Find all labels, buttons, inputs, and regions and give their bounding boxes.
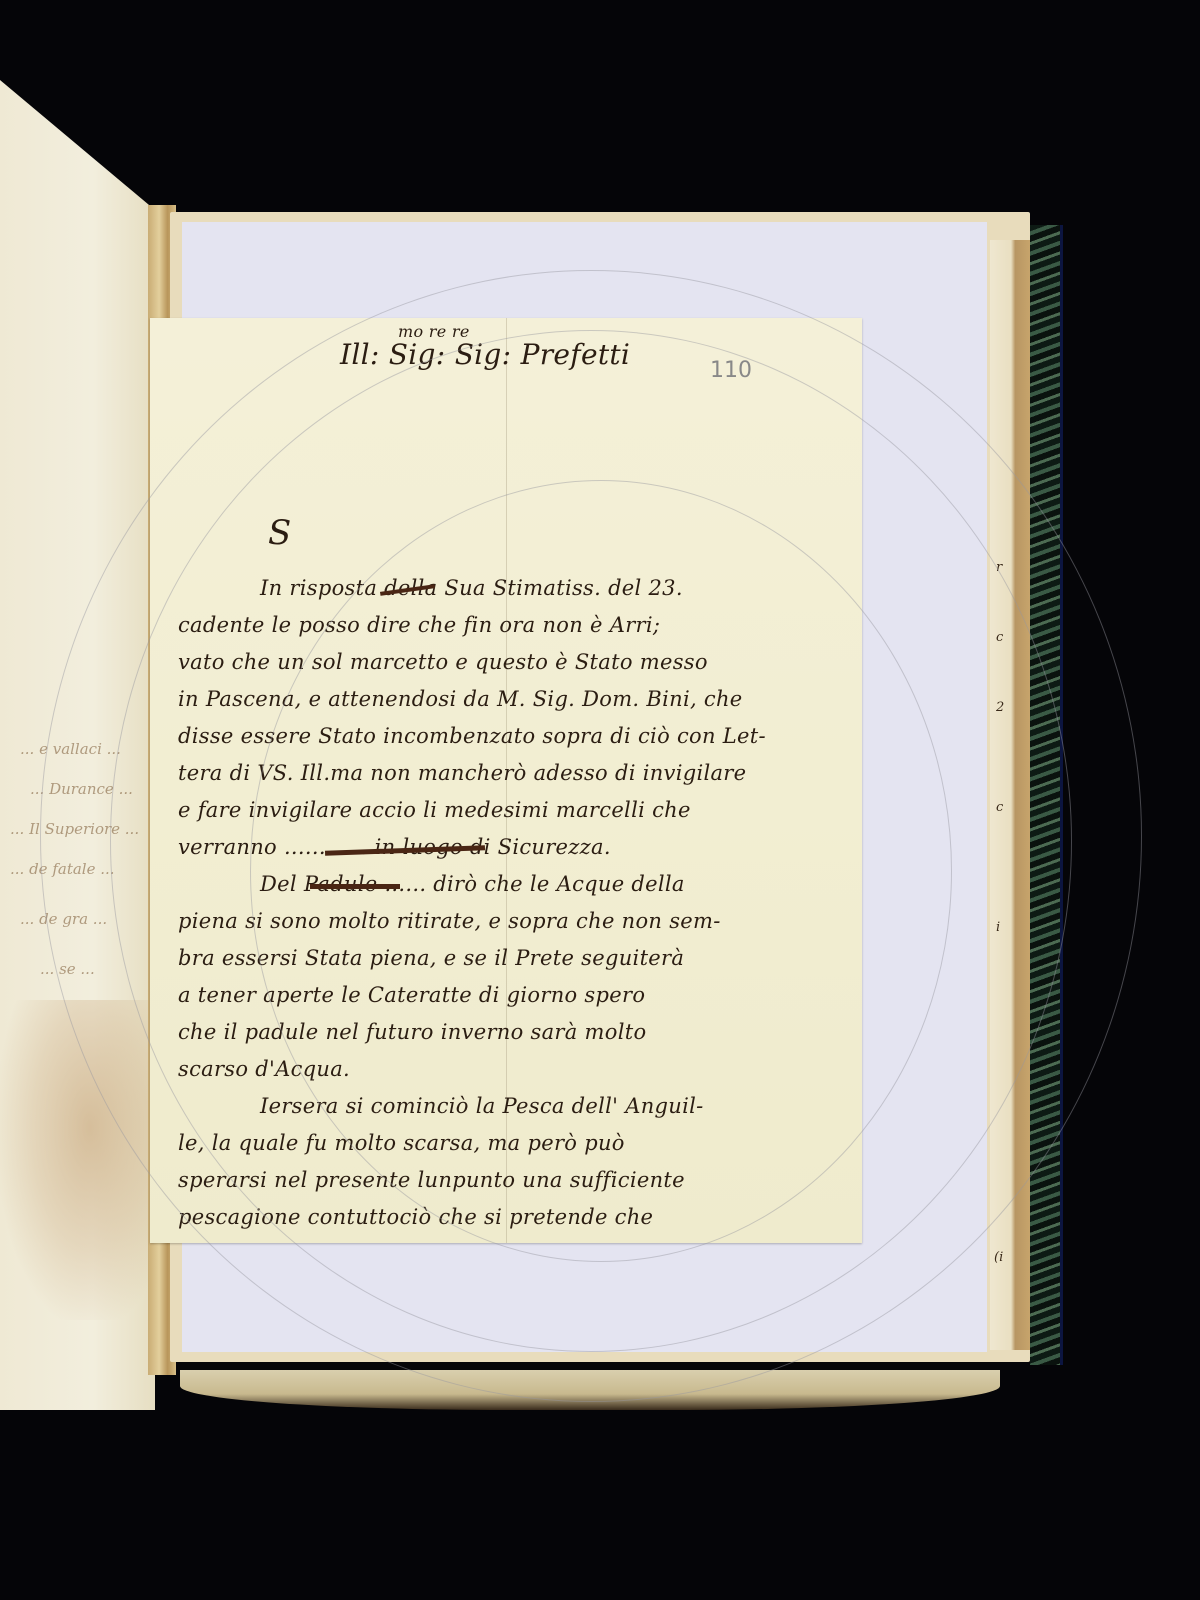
salutation: Ill: Sig: Sig: Prefetti — [340, 338, 630, 371]
letter-line: in Pascena, e attenendosi da M. Sig. Dom… — [178, 687, 743, 711]
marbled-cover — [1030, 225, 1063, 1365]
letter-line: vato che un sol marcetto e questo è Stat… — [178, 650, 708, 674]
letter-line: scarso d'Acqua. — [178, 1057, 350, 1081]
letter-line: che il padule nel futuro inverno sarà mo… — [178, 1020, 646, 1044]
initial-flourish: S — [268, 513, 292, 553]
letter-line: disse essere Stato incombenzato sopra di… — [178, 724, 766, 748]
letter-line: pescagione contuttociò che si pretende c… — [178, 1205, 653, 1229]
edge-mark: i — [996, 920, 1000, 935]
handwritten-letter: mo re re Ill: Sig: Sig: Prefetti 110 S I… — [150, 318, 862, 1243]
letter-line: In risposta della Sua Stimatiss. del 23. — [260, 576, 683, 600]
edge-mark: c — [996, 800, 1003, 815]
strike-mark — [310, 884, 400, 889]
letter-line: Iersera si cominciò la Pesca dell' Angui… — [260, 1094, 704, 1118]
edge-mark: r — [996, 560, 1002, 575]
folio-number: 110 — [710, 358, 752, 383]
letter-line: sperarsi nel presente lunpunto una suffi… — [178, 1168, 685, 1192]
bleed-through-text: ... Il Superiore ... — [10, 820, 139, 838]
letter-line: piena si sono molto ritirate, e sopra ch… — [178, 909, 721, 933]
edge-mark: 2 — [996, 700, 1004, 715]
bleed-through-text: ... de fatale ... — [10, 860, 115, 878]
letter-line: a tener aperte le Cateratte di giorno sp… — [178, 983, 645, 1007]
letter-line: e fare invigilare accio li medesimi marc… — [178, 798, 691, 822]
bleed-through-text: ... e vallaci ... — [20, 740, 121, 758]
bleed-through-text: ... se ... — [40, 960, 95, 978]
letter-line: bra essersi Stata piena, e se il Prete s… — [178, 946, 684, 970]
water-stain — [0, 1000, 150, 1320]
letter-line: cadente le posso dire che fin ora non è … — [178, 613, 660, 637]
edge-mark: (i — [994, 1250, 1003, 1265]
page-bottom-edge — [180, 1370, 1000, 1410]
letter-line: le, la quale fu molto scarsa, ma però pu… — [178, 1131, 625, 1155]
edge-mark: c — [996, 630, 1003, 645]
bleed-through-text: ... Durance ... — [30, 780, 133, 798]
page-edge-right: r c 2 c i (i — [990, 240, 1032, 1350]
bleed-through-text: ... de gra ... — [20, 910, 107, 928]
letter-line: tera di VS. Ill.ma non mancherò adesso d… — [178, 761, 746, 785]
letter-line: verranno ............ in luogo di Sicure… — [178, 835, 611, 859]
